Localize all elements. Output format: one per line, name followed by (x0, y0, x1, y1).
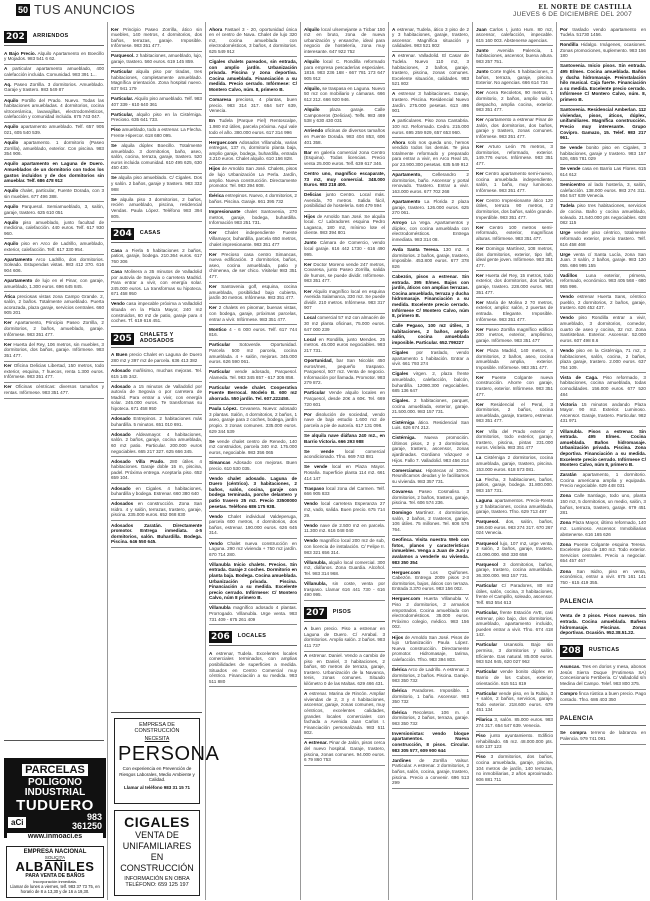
classified-ad[interactable]: A estrenar, Tudela. Excelentes locales c… (209, 649, 297, 687)
classified-ad[interactable]: Cistérniga. Nueva promoción. Últimos pis… (392, 434, 469, 466)
classified-ad[interactable]: A Bajo Precio. Alquilo Apartamento en Bo… (4, 49, 104, 65)
classified-ad[interactable]: Cistérniga ático. Residencial San Luis. … (392, 418, 469, 434)
classified-ad[interactable]: Bar en galería comercial zona Centro (Es… (304, 148, 385, 169)
ad-lead: Adosado Villa Prado. (111, 459, 165, 464)
classified-ad[interactable]: Piso amueblado, todo a estrenar. La Flec… (111, 126, 202, 142)
classified-ad[interactable]: Local en Rondilla, junto Mendes. 25 metr… (304, 335, 385, 356)
classified-ad[interactable]: Se alquila piso amueblado. C/ Cigales. D… (111, 174, 202, 195)
classified-ad[interactable]: Herguer.com Los Quiñones. Cabezón. Entre… (392, 568, 469, 595)
classified-ad[interactable]: Por disolución de sociedad, vendo nave d… (304, 410, 385, 431)
classified-ad[interactable]: Ker Chalet independiente Fuente Villamay… (209, 229, 297, 250)
ad-lead: Hijos (304, 214, 315, 219)
classified-ad[interactable]: Ker 2 chalets en pinomar, buenas vistas,… (209, 304, 297, 325)
classified-ad[interactable]: Ker Huerta del Rey, 15 metros, todo exte… (476, 271, 553, 298)
classified-ad[interactable]: Zona Puente Colgante esquina Teresa. Exc… (560, 540, 646, 567)
ad-lead: Vendo (560, 315, 574, 320)
ad-text: en Rondilla, junto Mendes. 25 metros. 45… (304, 337, 385, 353)
classified-ad[interactable]: Junto Avenida Palencia, 1 habitaciones, … (476, 46, 553, 67)
classified-ad[interactable]: Cigales. 2 habitaciones, parquet, cocina… (392, 397, 469, 418)
classified-ad[interactable]: Vendo chalet adosado. Laguna de Duero (c… (209, 474, 297, 512)
classified-ad[interactable]: Impresionante chalet Santovenia, 270 met… (209, 208, 297, 229)
classified-ad[interactable]: Ker Oficina Delicias Libertad, 150 metro… (4, 362, 104, 383)
classified-ad[interactable]: Asuncas. Tres en dorios y mesa, abonos J… (560, 663, 646, 690)
ad-lead: Santovenia. (560, 107, 586, 112)
ad-text: casa impecable próxima a Valladolid situ… (111, 301, 202, 323)
classified-ad[interactable]: Adosados Zaratán. Directamente promotor.… (111, 521, 202, 548)
classified-ad[interactable]: Vadillos Luna exterior, primera, reforma… (560, 271, 646, 292)
ad-lead: Se (111, 143, 117, 148)
classified-ad[interactable]: Paula López. Cevanera. Nuevo: adosado 3 … (209, 405, 297, 437)
classified-ad[interactable]: Cigales por traslado, vendo apartamento … (392, 349, 469, 370)
classified-ad[interactable]: Ibérica Arco de Ladrillo. A estrenar. 2 … (392, 666, 469, 687)
ad-lead: Alquilo, (304, 86, 321, 91)
classified-ad[interactable]: Vendo piso Rondilla entrar a vivir, amue… (560, 314, 646, 346)
section-label: LOCALES (238, 634, 266, 640)
classified-ad[interactable]: Aquilo piso en Arco de Ladrillo, amuebla… (4, 239, 104, 255)
classified-ad[interactable]: Particular C/ Paradores, 80 m2 útiles, s… (476, 582, 553, 609)
classified-ad[interactable]: Ibérica Paradores. Imposible. 1 dormitor… (392, 687, 469, 708)
classified-ad[interactable]: Adosado Entrepinos. 2 habitaciones más b… (111, 415, 202, 431)
ad-text: Apartamento a estrenar Pinar de Jalón, d… (476, 117, 553, 139)
classified-ad[interactable]: Ker Huerta del Rey, 106 metros, sin mueb… (4, 340, 104, 361)
classified-ad[interactable]: Inversionistas: vendo bloque apartamento… (392, 729, 469, 756)
ad-lead: Se (111, 197, 117, 202)
ad-lead: Juan (476, 27, 487, 32)
classified-ad[interactable]: Ker Residencial el Peral, 3 dormitorios,… (476, 400, 553, 427)
classified-ad[interactable]: Juan Carlos I, junto Hum. 80 m2, ascenso… (476, 25, 553, 46)
ad-text: Portillo del Prado. Nuevo. Todas las hab… (4, 98, 104, 120)
classified-ad[interactable]: Ker Arturo León 76 metros, 3 dormitorios… (476, 143, 553, 170)
classified-ad[interactable]: Rondilla Hidalgo. Imágenes, ocasiones. Z… (560, 41, 646, 62)
ad-lead: Ker (209, 252, 217, 257)
ad-contact: Llamar de lunes a viernes, telf. 983 37 … (9, 884, 101, 894)
classified-ad[interactable]: Ibérica Recoletos. 106 m. 4 dormitorios,… (392, 708, 469, 729)
ad-lead: Zona (560, 520, 571, 525)
classified-ad[interactable]: A estrenar, Tudela, ático 3 piso de 2 y … (392, 25, 469, 52)
classified-ad[interactable]: Villanubla Inicio chalets. Precios. Sin … (209, 560, 297, 604)
section-number: 205 (111, 333, 134, 345)
classified-ad[interactable]: Comaresa precioso, 4 plantas, buen preci… (209, 96, 297, 117)
classified-ad[interactable]: Zona Calle Santiago, todo uno, planta 15… (560, 492, 646, 519)
classified-ad[interactable]: Adosados en construcción. Zona San Isidr… (111, 500, 202, 521)
classified-ad[interactable]: Ker Domingo Martínez, 108 metros, dos do… (476, 245, 553, 272)
ad-lead: Montico (209, 327, 227, 332)
ad-lead: Particular, (476, 610, 498, 615)
classified-ad[interactable]: Particular alquila piso por tiradas, tre… (111, 68, 202, 95)
ad-lead: Compro (560, 691, 578, 696)
classified-ad[interactable]: Zona Plaza Mayor, último reformado, 140 … (560, 519, 646, 540)
classified-ad[interactable]: Se vende bonito piso en Cigales, 3 habit… (560, 144, 646, 165)
classified-ad[interactable]: Vendo Chalet nueva construcción en Lagun… (209, 539, 297, 560)
classified-ad[interactable]: Se vende casa en Barrio Las Flores. 615 … (560, 165, 646, 181)
ad-text: Paseo Zorrilla. 3 dormitorios. Amueblado… (4, 82, 104, 93)
ad-lead: Adosado (111, 486, 131, 491)
classified-ad[interactable]: Hijos de Arnoldo San José. Chalets, piso… (209, 165, 297, 192)
ad-lead: Ker (476, 117, 484, 122)
ad-parcelas-tuduero[interactable]: PARCELAS POLIGONO INDUSTRIAL TUDUERO aCi… (4, 758, 106, 838)
ad-lead: Piso (111, 127, 121, 132)
classified-ad[interactable]: Ker Precioso casa centro Simancas, nueva… (209, 250, 297, 282)
classified-ad[interactable]: Villanubla, alquilo local comercial. 300… (304, 558, 385, 579)
classified-ad[interactable]: Aquilo chalet, particular, Fuente Dorada… (4, 187, 104, 203)
ad-text: de Arnoldo San José. Se alquila local. C… (304, 214, 385, 236)
classified-ad[interactable]: Parquesol. dos, salón, baños, 196.040 eu… (476, 518, 553, 539)
ad-text: Flecha, 3 habitaciones, baños, patios, g… (476, 477, 553, 493)
classified-ad[interactable]: Ker Paseo Zorrilla magnífico edificio 20… (476, 325, 553, 346)
classified-ad[interactable]: Apartamento La Florida 2 plaza garaje, t… (392, 197, 469, 218)
ad-lead: Ker (476, 90, 484, 95)
classified-ad[interactable]: Cabezón, pisos a estrenar. Sin entrada. … (392, 272, 469, 321)
classified-ad[interactable]: Alquilo local u/semejante a Ticbar 150 m… (304, 25, 385, 57)
column-divider (300, 22, 301, 900)
classified-ad[interactable]: Adosado Aldeamayor. 4 habitaciones, saló… (111, 430, 202, 457)
classified-ad[interactable]: La Cistérniga 2 dormitorios, cocina amue… (476, 454, 553, 475)
ad-text: Centro Impresionante ático 120 útiles, t… (476, 198, 553, 220)
classified-ad[interactable]: Santovenia. Residencial Amberlan. 112 vi… (560, 106, 646, 144)
classified-ad[interactable]: A buen precio. Piso a estrenar en Laguna… (304, 625, 385, 652)
ad-lead: Por (560, 27, 568, 32)
ad-lead: Domingo (392, 510, 412, 515)
classified-ad[interactable]: Vendo casa impecable próxima a Valladoli… (111, 300, 202, 327)
classified-ad[interactable]: Ker Centro 100 metros semi-reformado, ex… (476, 223, 553, 244)
classified-ad[interactable]: Pilarica 3, salón. 85.000 euros. 983 274… (476, 716, 553, 732)
classified-ad[interactable]: Alquilo, se traspasa en Laguna. Nuevo 50… (304, 84, 385, 105)
ad-lead: A (209, 651, 212, 656)
classified-ad[interactable]: Alquilo plaza garaje. Calle Camponeros (… (304, 106, 385, 127)
classified-ad[interactable]: Santovenia. Inicio pisos. Sin entrada. 4… (560, 62, 646, 106)
classified-ad[interactable]: Casa a Fierla 5 habitaciones 2 baños, pa… (111, 246, 202, 267)
ad-company: EMPRESA DE CONSTRUCCIÓN (118, 722, 196, 734)
ad-lead: Santovenia. (560, 63, 586, 68)
classified-ad[interactable]: Junto Cámara de Comercio, vendo local ga… (304, 239, 385, 260)
ad-lead: Cistérniga. (392, 435, 416, 440)
classified-ad[interactable]: Ker Doctor Moreno vende 247 metros, Cova… (304, 260, 385, 287)
ad-lead: Adosados (111, 501, 133, 506)
ad-text: Inicio pisos. Sin entrada. 495 E/mes. Co… (560, 63, 646, 102)
classified-ad[interactable]: Herguer.com Huerta Villanubla V. Piso 2 … (392, 595, 469, 633)
classified-ad[interactable]: Oportunidad, bar San Nicolás 450 euros/m… (304, 357, 385, 389)
classified-ad[interactable]: Vendo nave de 2.500 m2 en parcela. 11.30… (304, 521, 385, 537)
classified-ad[interactable]: Aquilo piso amueblado, junto facultad de… (4, 218, 104, 239)
classified-ad[interactable]: Victoria 15 minutos andando Plaza Mayor.… (560, 400, 646, 427)
classified-ad[interactable]: Vendo piso en la Cistérniga, 71 m2, 2 ha… (560, 346, 646, 373)
classified-ad[interactable]: Por traslado vendo apartamento en Tudela… (560, 25, 646, 41)
ad-lead: Particular (476, 642, 497, 647)
classified-ad[interactable]: Avda Santa Teresa. 130 m2. 4 dormitorios… (392, 246, 469, 273)
classified-ad[interactable]: Alquilo local C. Rondilla reformado para… (304, 57, 385, 84)
classified-ad[interactable]: Ker Acera Recoletos, 90 metros, 1 dormit… (476, 89, 553, 116)
ad-lead: Ker (476, 300, 484, 305)
ad-subheadline: POLIGONO INDUSTRIAL (4, 778, 106, 798)
ad-lead: Vendo (209, 514, 223, 519)
ad-lead: Venta de 3 pisos. (560, 613, 601, 618)
classified-ad[interactable]: Particular vende adosado, Parquesol. Ala… (209, 368, 297, 384)
classified-ad[interactable]: Aquilo apartamento amueblado. Telf. 657 … (4, 123, 104, 139)
classified-ad[interactable]: Local comercial 57 m2 con almacén de 30 … (304, 314, 385, 335)
classified-ad[interactable]: Particular Usansolo. Bajo sin permiso, 3… (476, 641, 553, 668)
ad-text: estrenar. Daniel. Vendo a cambio de piso… (304, 653, 385, 686)
ad-lead: Junto (476, 69, 489, 74)
ad-requirements: Con experiencia en Prevención de Riesgos… (118, 766, 196, 783)
ad-text: Residencial el Peral, 3 dormitorios, 2 b… (476, 402, 553, 424)
classified-ad[interactable]: Ática preciosas vistas zona Campo Grande… (4, 292, 104, 319)
ad-lead: Parquesol. (476, 519, 500, 524)
classified-ad[interactable]: Parquesol 3 dormitorios, baños, garaje, … (476, 560, 553, 581)
classified-ad[interactable]: La Flecha, 3 habitaciones, baños, patios… (476, 475, 553, 496)
classified-ad[interactable]: Se vende chalet centro de Renedo, 140 m2… (209, 437, 297, 458)
classified-ad[interactable]: Piso 3 dormitorios, dos baños, cocina am… (476, 753, 553, 785)
classified-ad[interactable]: Ker Principio Paseo Zorrilla, ático sin … (111, 25, 202, 52)
classified-ad[interactable]: Hijos de Arnoldo San José. Se alquila lo… (304, 212, 385, 239)
ad-lead: Laguna (476, 498, 492, 503)
ad-lead: Vadillos (560, 273, 577, 278)
ad-text: Sin entrada. 395 E/mes. Bajos con jardín… (392, 274, 469, 318)
ad-lead: Jardines (392, 758, 411, 763)
section-number: 204 (111, 228, 134, 240)
ad-lead: A estrenar. (304, 740, 328, 745)
classified-ad[interactable]: Jardines de Zorrilla Valsur. Particular.… (392, 756, 469, 788)
ad-persona[interactable]: EMPRESA DE CONSTRUCCIÓN NECESITA PERSONA… (114, 718, 200, 804)
classified-ad[interactable]: A estrenar. Valladolid. El Casar de Tude… (392, 52, 469, 90)
ad-lead: Ker (476, 246, 484, 251)
ad-lead: Se compra (560, 730, 587, 735)
ad-lead: Vendo (209, 541, 223, 546)
classified-ad[interactable]: Particular. Alquilo piso amueblado. Telf… (111, 94, 202, 110)
classified-ad[interactable]: A estrenar 3 habitaciones. Garaje, trast… (392, 90, 469, 117)
ad-lead: Villanubla (209, 605, 231, 610)
classified-ad[interactable]: Junto Corte Inglés. 5 habitaciones, 3 ba… (476, 68, 553, 89)
classified-ad[interactable]: Parquesol. 2 habitaciones, amueblado, lu… (111, 52, 202, 68)
ad-lead: Parquesol (476, 541, 498, 546)
ad-lead: Se vende (304, 449, 334, 454)
ad-lead: Villanubla. Pisos a estrenar. (560, 429, 633, 434)
classified-ad[interactable]: A particular apartamento amueblado, 400 … (4, 65, 104, 81)
ad-lead: Ker (209, 305, 217, 310)
classified-ad[interactable]: Ker Apartamento, Principio Paseo Zorrill… (4, 319, 104, 340)
ad-lead: Ker (476, 348, 484, 353)
classified-ad[interactable]: Parquesol lujo, 107 m2, urge venta, 3 sa… (476, 539, 553, 560)
ad-text: Villa del Prado exterior 2 dormitorios, … (476, 429, 553, 451)
classified-ad[interactable]: Villanubla, sin coste, venta por traspas… (304, 579, 385, 600)
classified-ad[interactable]: Aquilo Parquesol. Semiamueblado, 3, saló… (4, 202, 104, 218)
ad-lead: Bar (304, 150, 312, 155)
ad-text: Alquilo magnífico local en esquina Aveni… (304, 289, 385, 311)
classified-ad[interactable]: Cigales chalets pareados, sin entrada, c… (209, 57, 297, 95)
classified-ad[interactable]: Delicias junto Centro. Local más. Avenid… (304, 191, 385, 212)
classified-ad[interactable]: Traspaso local zona del Carmen. Telf. 66… (304, 484, 385, 500)
classified-ad[interactable]: Ker María de Molina 2 70 metros, exterio… (476, 298, 553, 325)
classified-ad[interactable]: Ker Apartamento a estrenar Pinar de Jaló… (476, 116, 553, 143)
ad-lead: Ker (304, 262, 312, 267)
classified-ad[interactable]: Ker Puente Colgante nueva construcción. … (476, 373, 553, 400)
ad-lead: Adosados Zaratán. (111, 523, 162, 528)
classified-ad[interactable]: Compro finca rústica a buen precio. Pago… (560, 690, 646, 706)
classified-ad[interactable]: Apartamento, Cellerandro 2 dormitorios, … (392, 171, 469, 198)
ad-headline: CIGALES (118, 814, 196, 830)
classified-ad[interactable]: Ker Centro Impresionante ático 120 útile… (476, 196, 553, 223)
classified-ad[interactable]: Apartamento de lujo en el Pinar, con gar… (4, 276, 104, 292)
classified-ad[interactable]: A particulares. Piso zona Cantabria. 100… (392, 117, 469, 138)
ad-lead: Paula López. (209, 406, 238, 411)
classified-ad[interactable]: Geofinca. Visita nuestra Web con fotos, … (392, 536, 469, 568)
ad-lead: A (392, 118, 395, 123)
classified-ad[interactable]: Se alquila piso 3 dormitorios, 2 baños, … (111, 195, 202, 222)
classified-ad[interactable]: Vista de Caga. Piso reformado, 3 habitac… (560, 373, 646, 400)
ad-text: Principio Paseo Zorrilla, ático sin mueb… (111, 27, 202, 49)
classified-ad[interactable]: Villanubla. Pisos a estrenar. Sin entrad… (560, 427, 646, 471)
classified-ad[interactable]: Ahora solo nos queda uno, hemos vendido … (392, 138, 469, 170)
ad-lead: Traspaso (304, 486, 324, 491)
classified-ad[interactable]: A estrenar. Daniel. Vendo a cambio de pi… (304, 652, 385, 690)
classified-ad[interactable]: Ker Villa del Prado exterior 2 dormitori… (476, 427, 553, 454)
classified-ad[interactable]: Ker Plaza Madrid, 140 metros, 4 dormitor… (476, 346, 553, 373)
classified-ad[interactable]: Vendo Chalet individual Valdeperuga, par… (209, 512, 297, 539)
classified-ad[interactable]: Venta de 3 pisos. Pisos nuevos. Sin entr… (560, 612, 646, 639)
classified-ad[interactable]: Centro uno, magnífico escaparate, 73 m2,… (304, 169, 385, 190)
ad-text: Chalet independiente Fuente Villamayor, … (209, 230, 297, 246)
classified-ad[interactable]: Adosado a 15 minutos de Valladolid por a… (111, 382, 202, 414)
ad-lead: Aquilo (4, 140, 18, 145)
ad-text: 73 m2, muy comercial. 348.000 Euros. 983… (304, 177, 385, 188)
classified-ad[interactable]: Arroyo La Vega. Apartamentos y dúplex, c… (392, 219, 469, 246)
classified-ad[interactable]: En Tudela (Parque Fiel) Rentoscalpe, 1.9… (209, 117, 297, 138)
ad-text: Oficina Delicias Libertad, 150 metros, t… (4, 363, 104, 379)
classified-ad[interactable]: Hijos de Arnoldo San José. Pisos de lujo… (392, 633, 469, 665)
classified-ad[interactable]: Se vende local en Plaza Mayor. Rosalía. … (304, 463, 385, 484)
section-header: 204CASAS (111, 228, 202, 243)
classified-ad[interactable]: Se compra terreno de labranza en Palenci… (560, 729, 646, 745)
ad-albaniles[interactable]: EMPRESA NACIONAL SOLICITA ALBAÑILES PARA… (6, 846, 104, 898)
classified-ad[interactable]: Particular vende chalet. Cooperativa Fue… (209, 383, 297, 404)
ad-lead: Herguer.com (392, 570, 420, 575)
classified-ad[interactable]: Se alquila dúplex Boecillo. Totalmente a… (111, 142, 202, 174)
classified-ad[interactable]: Particular vende piso, en la Rubia, 3 + … (476, 689, 553, 716)
column-7: Por traslado vendo apartamento en Tudela… (560, 25, 646, 895)
classified-ad[interactable]: Tudela piso tres habitaciones, servicios… (560, 202, 646, 229)
ad-lead: Geofinca. (392, 537, 413, 542)
classified-ad[interactable]: Aquilo Portillo del Prado. Nuevo. Todas … (4, 96, 104, 123)
ad-lead: Aquilo (4, 241, 18, 246)
ad-text: piso amueblado, junto facultad de medici… (4, 220, 104, 236)
classified-ad[interactable]: Cigales virgen. 2, plaza frente amueblad… (392, 370, 469, 397)
ad-lead: Adosado (111, 432, 131, 437)
classified-ad[interactable]: Piso junto ayuntamiento. Edificio rehabi… (476, 732, 553, 753)
ad-text: buen precio. Piso a estrenar en Laguna d… (304, 626, 385, 648)
classified-ad[interactable]: Vendo estrenar Huerta Sans, céntrico pue… (560, 293, 646, 314)
classified-ad[interactable]: Zona San Isidro, piso en venta, económic… (560, 567, 646, 588)
column-5: A estrenar, Tudela, ático 3 piso de 2 y … (392, 25, 469, 895)
classified-ad[interactable]: Arriendo oficinas de diversos tamaños en… (304, 127, 385, 148)
classified-ad[interactable]: Vendo magnífico local 200 m2 de sub, con… (304, 537, 385, 558)
ad-text: Doctor Moreno vende 247 metros, Covaresa… (304, 262, 385, 284)
ad-lead: Impresionante (209, 209, 240, 214)
classified-ad[interactable]: Adosado Villa Prado. 280 útiles. 4 habit… (111, 457, 202, 484)
ad-lead: Ática (4, 294, 15, 299)
classified-ad[interactable]: A Buen precio Chalet en Laguna de Duero … (111, 351, 202, 367)
classified-ad[interactable]: Urge venta c/ Santa Lucía, zona San Juan… (560, 250, 646, 271)
classified-ad[interactable]: Particular, alquilo piso en la Cistérnig… (111, 110, 202, 126)
ad-lead: Tudela (560, 203, 574, 208)
classified-ad[interactable]: Covaresa Paseo Cosmaliso. 3 dormitorios,… (392, 487, 469, 508)
ad-lead: Apartamento (392, 199, 420, 204)
ad-cigales[interactable]: CIGALES VENTA DE UNIFAMILIARES EN CONSTR… (114, 810, 200, 896)
classified-ad[interactable]: Adosado mañísimo, muchas mejoras. Tel. 6… (111, 366, 202, 382)
ad-website-link[interactable]: www.inmoaci.es (7, 833, 103, 840)
ad-lead: Particular (476, 691, 497, 696)
classified-ad[interactable]: Apartamento Arco Ladrillo, dos dormitori… (4, 255, 104, 276)
classified-ad[interactable]: A estrenar. Marina de Rincón. Ampliar vi… (304, 690, 385, 739)
ad-lead: Ker (476, 429, 484, 434)
ad-text: Arturo León 76 metros, 3 dormitorios, re… (476, 144, 553, 166)
classified-ad[interactable]: Domingo Martínez. 4 dormitorios, salón, … (392, 509, 469, 536)
classified-ad[interactable]: Particular, frente Estación AVE, casi es… (476, 608, 553, 640)
classified-ad[interactable]: Urge vender piso céntrico, totalmente re… (560, 229, 646, 250)
classified-ad[interactable]: Villanubla magnífico adosado 4 plantas. … (209, 604, 297, 625)
classified-ad[interactable]: Herguer.com Adosados Villanubla, varias … (209, 138, 297, 165)
classified-ad[interactable]: Se vende local comercial acondicionado. … (304, 447, 385, 463)
ad-lead: Aquilo (4, 188, 18, 193)
masthead: EL NORTE DE CASTILLA JUEVES 6 DE DICIEMB… (513, 4, 632, 18)
classified-ad[interactable]: Zaratán apartamento, 1 dormitorio. Cocin… (560, 471, 646, 492)
classified-ad[interactable]: A estrenar. Pinar de Jalón, pisos cerca … (304, 739, 385, 766)
ad-text: 2 chalets en pinomar, buenas vistas, con… (209, 305, 297, 321)
ad-lead: Ker (304, 289, 312, 294)
classified-ad[interactable]: Montico 4 - 6 000 euros. Telf. 617 744 8… (209, 325, 297, 341)
classified-ad[interactable]: Ibérica entrepinos. Nuevo, 4 dormitorios… (209, 192, 297, 208)
classified-ad[interactable]: Casa Molinera a 35 minutos de Valladolid… (111, 267, 202, 299)
ad-lead: A (304, 691, 307, 696)
ad-lead: Cigales. (392, 398, 410, 403)
ad-lead: Cabezón, pisos a estrenar. (392, 274, 458, 279)
classified-ad[interactable]: Semicentro al lado hostería, 3, salón, c… (560, 181, 646, 202)
ad-lead: Por (304, 412, 312, 417)
classified-ad[interactable]: Particular vende bonito dúplex en Barrio… (476, 668, 553, 689)
ad-lead: La (476, 455, 481, 460)
ad-text: Calle Santiago, todo uno, planta 150 m2,… (560, 493, 646, 515)
classified-ad[interactable]: Vendo local carretera Esperanza 27 m2, v… (304, 500, 385, 521)
classified-ad[interactable]: Aquilo apartamento. 1 dormitorio (Paseo … (4, 139, 104, 160)
ad-text: disolución de sociedad, vendo nave de ba… (304, 412, 385, 428)
classified-ad[interactable]: Ker Alquilo magnífico local en esquina A… (304, 287, 385, 314)
classified-ad[interactable]: Particular Sotoverde. Oportunidad. Parce… (209, 341, 297, 368)
classified-ad[interactable]: Adosado en Cigales. 4 habitaciones, buha… (111, 484, 202, 500)
ad-lead: Parquesol (476, 562, 498, 567)
classified-ad[interactable]: Ker Santovenia golf, esquina, cocina amu… (209, 283, 297, 304)
ad-lead: Vendo (304, 538, 318, 543)
classified-ad[interactable]: Se alquila nave diáfana 240 m2., en Barr… (304, 432, 385, 448)
ad-lead: Ker (476, 273, 484, 278)
classified-ad[interactable]: Ker Oficinas céntricas: diversos tamaños… (4, 383, 104, 399)
classified-ad[interactable]: Ahora Fastael 3 - 20, oportunidad única … (209, 25, 297, 57)
classified-ad[interactable]: Calle Pegaso, 100 m2 útiles, 3 habitacio… (392, 322, 469, 349)
section-title: TUS ANUNCIOS (34, 2, 135, 17)
ad-lead: Se vende (560, 166, 580, 171)
classified-ad[interactable]: Laguna apartamentos. Precio-Renta y 2 ha… (476, 496, 553, 517)
ad-lead: Arroyo (392, 220, 407, 225)
classified-ad[interactable]: Ker Centro apartamento semi-nuevo, cocin… (476, 169, 553, 196)
classified-ad[interactable]: Simancas Adosado con mejoras. Buen preci… (209, 458, 297, 474)
ad-lead: A Bajo Precio. (4, 51, 36, 56)
classified-ad[interactable]: Particular Vende alquilo locales en Parq… (304, 389, 385, 410)
ad-lead: A (304, 626, 307, 631)
section-label: RUSTICAS (589, 648, 620, 654)
ad-lead: Oportunidad, (304, 358, 333, 363)
classified-ad[interactable]: Comerciamar. Hipotecas al 100%. Reunific… (392, 466, 469, 487)
ad-lead: Ker (111, 27, 119, 32)
classified-ad[interactable]: Aquilo apartamento en Laguna de Duero. A… (4, 160, 104, 187)
classified-ad[interactable]: Aq. Paseo Zorrilla. 3 dormitorios. Amueb… (4, 80, 104, 96)
ad-lead: A (392, 53, 395, 58)
